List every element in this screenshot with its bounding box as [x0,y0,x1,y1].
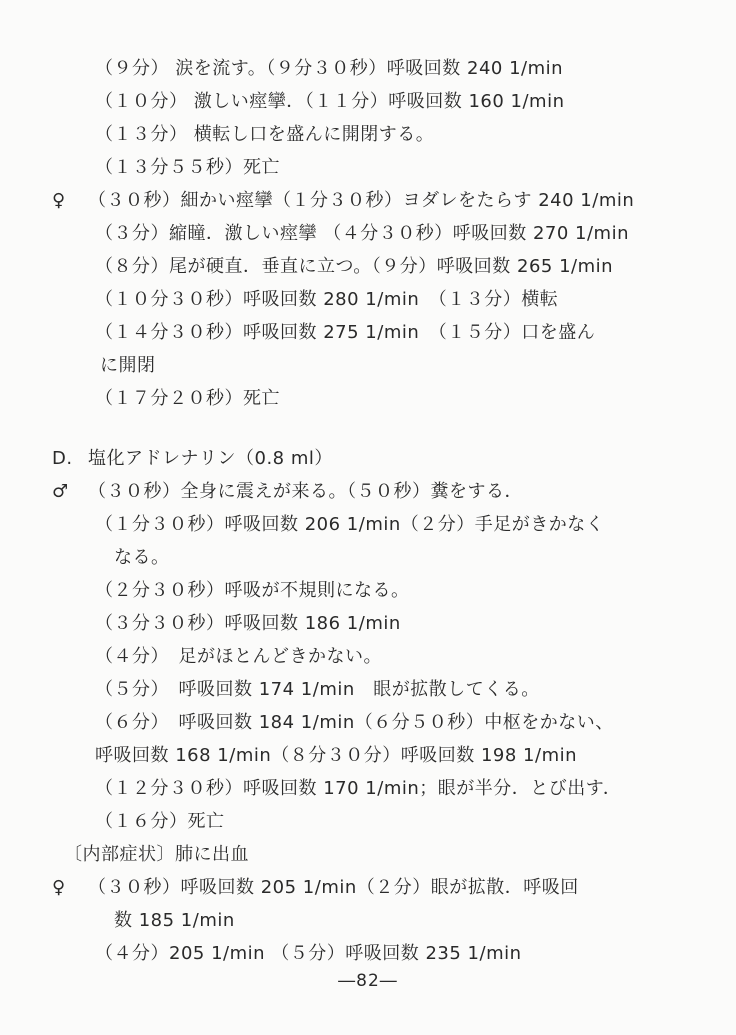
scanned-page: （９分） 涙を流す。（９分３０秒）呼吸回数 240 1/min（１０分） 激しい… [0,0,736,1035]
text-line: （３分）縮瞳．激しい痙攣 （４分３０秒）呼吸回数 270 1/min [0,217,736,250]
text-line: （１６分）死亡 [0,805,736,838]
line-text: （１６分）死亡 [95,811,225,832]
text-line: （４分） 足がほとんどきかない。 [0,640,736,673]
line-text: （２分３０秒）呼吸が不規則になる。 [95,580,410,601]
text-line: （５分） 呼吸回数 174 1/min 眼が拡散してくる。 [0,673,736,706]
line-text: （８分）尾が硬直．垂直に立つ。（９分）呼吸回数 265 1/min [95,256,613,277]
male-symbol: ♂ [52,475,69,508]
text-line: （２分３０秒）呼吸が不規則になる。 [0,574,736,607]
text-line: （１分３０秒）呼吸回数 206 1/min（２分）手足がきかなく [0,508,736,541]
text-line: （１０分３０秒）呼吸回数 280 1/min （１３分）横転 [0,283,736,316]
line-text: （１０分） 激しい痙攣．（１１分）呼吸回数 160 1/min [95,91,564,112]
handwritten-text-block: （９分） 涙を流す。（９分３０秒）呼吸回数 240 1/min（１０分） 激しい… [0,52,736,970]
line-text: （１３分） 横転し口を盛んに開閉する。 [95,124,434,145]
text-line: 呼吸回数 168 1/min（８分３０分）呼吸回数 198 1/min [0,739,736,772]
text-line: （１３分） 横転し口を盛んに開閉する。 [0,118,736,151]
text-line: D.塩化アドレナリン（0.8 ml） [0,442,736,475]
text-line: （１４分３０秒）呼吸回数 275 1/min （１５分）口を盛ん [0,316,736,349]
text-line: 〔内部症状〕肺に出血 [0,838,736,871]
line-spacer [0,415,736,442]
line-text: （１７分２０秒）死亡 [95,388,280,409]
line-text: （４分） 足がほとんどきかない。 [95,646,382,667]
page-number: ―82― [0,971,736,991]
line-text: に開閉 [100,355,156,376]
line-text: （１０分３０秒）呼吸回数 280 1/min （１３分）横転 [95,289,558,310]
text-line: ♀（３０秒）呼吸回数 205 1/min（２分）眼が拡散．呼吸回 [0,871,736,904]
text-line: （３分３０秒）呼吸回数 186 1/min [0,607,736,640]
text-line: （４分）205 1/min （５分）呼吸回数 235 1/min [0,937,736,970]
text-line: （８分）尾が硬直．垂直に立つ。（９分）呼吸回数 265 1/min [0,250,736,283]
text-line: ♀（３０秒）細かい痙攣（１分３０秒）ヨダレをたらす 240 1/min [0,184,736,217]
line-text: なる。 [114,547,170,568]
line-text: （３０秒）細かい痙攣（１分３０秒）ヨダレをたらす 240 1/min [88,190,634,211]
line-text: （１４分３０秒）呼吸回数 275 1/min （１５分）口を盛ん [95,322,595,343]
text-line: （１７分２０秒）死亡 [0,382,736,415]
line-text: （３０秒）全身に震えが来る。（５０秒）糞をする． [88,481,523,502]
line-text: 数 185 1/min [114,910,235,931]
text-line: ♂（３０秒）全身に震えが来る。（５０秒）糞をする． [0,475,736,508]
line-text: 〔内部症状〕肺に出血 [64,844,249,865]
line-text: （９分） 涙を流す。（９分３０秒）呼吸回数 240 1/min [95,58,563,79]
female-symbol: ♀ [52,184,66,217]
text-line: に開閉 [0,349,736,382]
text-line: （１３分５５秒）死亡 [0,151,736,184]
line-text: （３分）縮瞳．激しい痙攣 （４分３０秒）呼吸回数 270 1/min [95,223,629,244]
female-symbol: ♀ [52,871,66,904]
line-text: （３０秒）呼吸回数 205 1/min（２分）眼が拡散．呼吸回 [88,877,579,898]
text-line: （６分） 呼吸回数 184 1/min（６分５０秒）中枢をかない、 [0,706,736,739]
text-line: 数 185 1/min [0,904,736,937]
line-text: （１２分３０秒）呼吸回数 170 1/min；眼が半分．とび出す． [95,778,621,799]
text-line: なる。 [0,541,736,574]
line-text: 呼吸回数 168 1/min（８分３０分）呼吸回数 198 1/min [95,745,577,766]
section-label: D. [52,442,73,475]
text-line: （１０分） 激しい痙攣．（１１分）呼吸回数 160 1/min [0,85,736,118]
line-text: （５分） 呼吸回数 174 1/min 眼が拡散してくる。 [95,679,540,700]
line-text: （６分） 呼吸回数 184 1/min（６分５０秒）中枢をかない、 [95,712,614,733]
line-text: （１３分５５秒）死亡 [95,157,280,178]
text-line: （９分） 涙を流す。（９分３０秒）呼吸回数 240 1/min [0,52,736,85]
line-text: （３分３０秒）呼吸回数 186 1/min [95,613,401,634]
line-text: （４分）205 1/min （５分）呼吸回数 235 1/min [95,943,522,964]
text-line: （１２分３０秒）呼吸回数 170 1/min；眼が半分．とび出す． [0,772,736,805]
line-text: 塩化アドレナリン（0.8 ml） [88,448,333,469]
line-text: （１分３０秒）呼吸回数 206 1/min（２分）手足がきかなく [95,514,604,535]
